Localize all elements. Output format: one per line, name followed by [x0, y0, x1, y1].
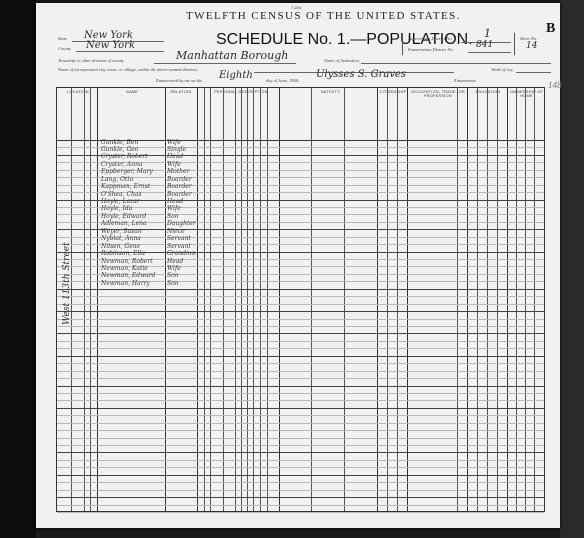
entry-relation: Mother: [167, 168, 196, 175]
entry-name: Cryster, Robert: [101, 153, 163, 160]
entry-relation: Wife: [167, 265, 196, 272]
family-separator: [57, 452, 544, 453]
township-line: [154, 63, 296, 64]
street-name-margin: West 113th Street: [62, 242, 72, 325]
table-row: [57, 505, 544, 513]
family-separator: [57, 408, 544, 409]
institution-line: [361, 63, 551, 64]
group-education: EDUCATION: [469, 90, 507, 94]
entry-relation: Boarder: [167, 191, 196, 198]
entry-name: Newman, Robert: [101, 258, 163, 265]
entry-name: Kappman, Ernst: [101, 183, 163, 190]
state-label: State: [58, 36, 67, 41]
entry-name: Gunkle, Ben: [101, 139, 163, 146]
group-ownership: OWNERSHIP OF HOME: [509, 90, 544, 98]
entry-relation: Head: [167, 153, 196, 160]
family-separator: [57, 356, 544, 357]
census-grid: LOCATION NAME RELATION PERSONAL DESCRIPT…: [56, 87, 545, 512]
district-box-left: [402, 33, 403, 55]
family-separator: [57, 333, 544, 334]
entry-relation: Son: [167, 213, 196, 220]
entry-name: Hoyle, Lazar: [101, 198, 163, 205]
entry-relation: Son: [167, 280, 196, 287]
entry-name: Cryster, Anna: [101, 161, 163, 168]
incorporated-label: Name of incorporated city, town, or vill…: [58, 67, 198, 72]
entry-name: Weyer, Susan: [101, 228, 163, 235]
entry-relation: Head: [167, 258, 196, 265]
county-value: New York: [86, 40, 135, 51]
ward-line: [516, 72, 551, 73]
entry-name: Robinson, Ella: [101, 250, 163, 257]
enumerator-label: Enumerator.: [454, 78, 476, 83]
enumeration-value: 841: [476, 40, 493, 50]
column-header-area: LOCATION NAME RELATION PERSONAL DESCRIPT…: [57, 88, 544, 141]
group-nativity: NATIVITY: [283, 90, 378, 94]
family-separator: [57, 475, 544, 476]
entry-relation: Niece: [167, 228, 196, 235]
ward-label: Ward of city,: [491, 67, 514, 72]
group-relation: RELATION: [167, 90, 195, 94]
entry-relation: Daughter: [167, 220, 196, 227]
census-title: TWELFTH CENSUS OF THE UNITED STATES.: [186, 10, 461, 22]
census-rows: Gunkle, BenWifeGunkle, GeoSingleCryster,…: [57, 140, 544, 511]
institution-label: Name of Institution,: [324, 58, 360, 63]
family-separator: [57, 311, 544, 312]
scan-border-right: [560, 0, 584, 538]
entry-name: Newman, Edward: [101, 272, 163, 279]
scan-border-left: [0, 0, 36, 538]
enumerated-label: Enumerated by me on the: [156, 78, 202, 83]
entry-relation: Wife: [167, 205, 196, 212]
margin-page-number: 148: [548, 80, 562, 90]
group-name: NAME: [102, 90, 162, 94]
entry-name: O'Shea, Chas: [101, 191, 163, 198]
township-label: Township or other division of county: [58, 58, 124, 63]
schedule-letter: B: [546, 21, 555, 37]
entry-relation: Grandmother: [167, 250, 196, 257]
entry-relation: Boarder: [167, 176, 196, 183]
county-label: County: [58, 46, 71, 51]
group-citizenship: CITIZENSHIP: [379, 90, 407, 94]
entry-relation: Servant: [167, 243, 196, 250]
entry-relation: Son: [167, 272, 196, 279]
entry-relation: Single: [167, 146, 196, 153]
county-line: [76, 51, 164, 52]
entry-name: Newman, Katie: [101, 265, 163, 272]
entry-relation: Wife: [167, 161, 196, 168]
entry-name: Gunkle, Geo: [101, 146, 163, 153]
entry-name: Nyblat, Anna: [101, 235, 163, 242]
district-box-right: [514, 33, 515, 55]
family-separator: [57, 497, 544, 498]
enumerator-name: Ulysses S. Graves: [316, 69, 406, 80]
township-value: Manhattan Borough: [176, 49, 288, 62]
entry-relation: Wife: [167, 139, 196, 146]
group-occupation: OCCUPATION, TRADE, OR PROFESSION: [409, 90, 467, 98]
enumerated-day: Eighth: [219, 70, 253, 81]
entry-name: Adleman, Lena: [101, 220, 163, 227]
entry-name: Lang, Otto: [101, 176, 163, 183]
supervisor-value: 1: [484, 27, 491, 40]
group-location: LOCATION: [59, 90, 97, 94]
entry-relation: Servant: [167, 235, 196, 242]
enumeration-line: [468, 52, 511, 53]
enumeration-label: Enumeration District No.: [408, 47, 454, 52]
enumerated-suffix: day of June, 1900,: [266, 78, 299, 83]
entry-name: Hoyle, Edward: [101, 213, 163, 220]
entry-name: Eppberger, Mary: [101, 168, 163, 175]
sheet-value: 14: [526, 41, 537, 51]
family-separator: [57, 386, 544, 387]
supervisor-label: Supervisor's District No.: [408, 36, 453, 41]
entry-name: Newman, Harry: [101, 280, 163, 287]
entry-name: Hoyle, Ida: [101, 205, 163, 212]
entry-relation: Boarder: [167, 183, 196, 190]
entry-relation: Head: [167, 198, 196, 205]
family-separator: [57, 289, 544, 290]
entry-name: Nilsen, Gene: [101, 243, 163, 250]
